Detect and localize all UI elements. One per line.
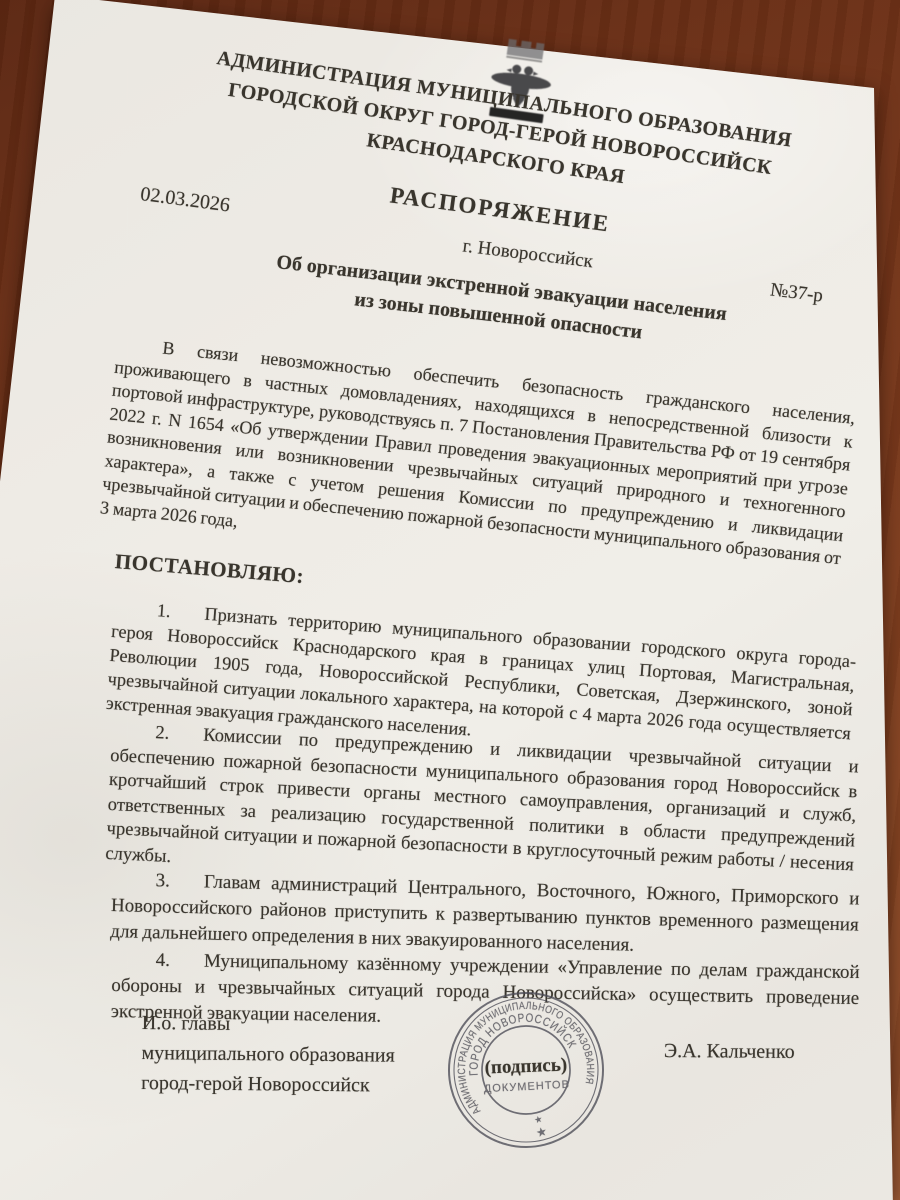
stamp-star-icon: ★ bbox=[535, 1124, 549, 1140]
stamp-star-icon: ★ bbox=[533, 1114, 543, 1126]
document-content: АДМИНИСТРАЦИЯ МУНИЦИПАЛЬНОГО ОБРАЗОВАНИЯ… bbox=[0, 0, 900, 1200]
signatory-name: Э.А. Кальченко bbox=[664, 1040, 795, 1064]
doc-city: г. Новороссийск bbox=[462, 236, 595, 273]
svg-text:АДМИНИСТРАЦИЯ МУНИЦИПАЛЬНОГО О: АДМИНИСТРАЦИЯ МУНИЦИПАЛЬНОГО ОБРАЗОВАНИЯ bbox=[441, 985, 602, 1119]
item-number: 4. bbox=[156, 950, 171, 971]
resolution-heading: ПОСТАНОВЛЯЮ: bbox=[114, 549, 305, 589]
signatory-position-line: город-герой Новороссийск bbox=[141, 1068, 395, 1101]
signatory-position-line: муниципального образования bbox=[141, 1038, 395, 1071]
stamp-ring-text: АДМИНИСТРАЦИЯ МУНИЦИПАЛЬНОГО ОБРАЗОВАНИЯ bbox=[441, 985, 602, 1119]
doc-number: №37-р bbox=[769, 279, 824, 307]
preamble-paragraph: В связи невозможностью обеспечить безопа… bbox=[99, 332, 856, 594]
item-text: Главам администраций Центрального, Восто… bbox=[110, 871, 860, 955]
signatory-position-line: И.о. главы bbox=[142, 1008, 396, 1041]
stamp-center-text: ДОКУМЕНТОВ bbox=[484, 1079, 571, 1095]
item-number: 3. bbox=[155, 870, 170, 891]
item-number: 2. bbox=[155, 722, 170, 744]
signatory-position: И.о. главы муниципального образования го… bbox=[141, 1008, 395, 1101]
item-number: 1. bbox=[156, 601, 171, 622]
photo-of-document-on-wooden-table: АДМИНИСТРАЦИЯ МУНИЦИПАЛЬНОГО ОБРАЗОВАНИЯ… bbox=[0, 0, 900, 1200]
signature-placeholder: (подпись) bbox=[484, 1055, 567, 1079]
official-stamp-icon: АДМИНИСТРАЦИЯ МУНИЦИПАЛЬНОГО ОБРАЗОВАНИЯ… bbox=[440, 984, 612, 1156]
item-text: Признать территорию муниципального образ… bbox=[105, 604, 856, 744]
